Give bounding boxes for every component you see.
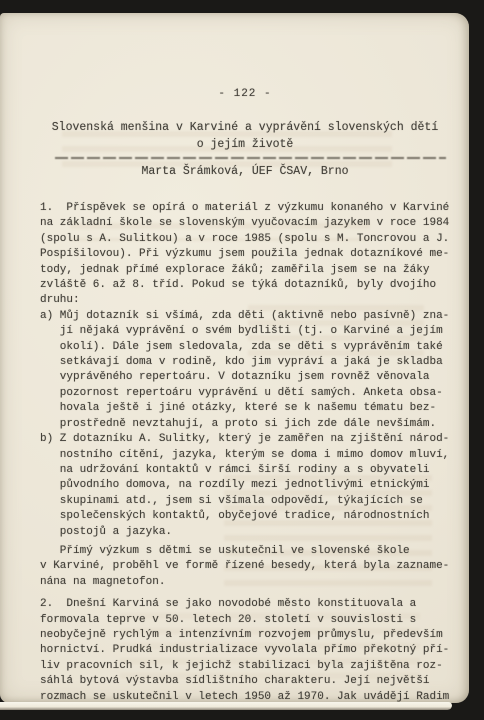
title-underline	[55, 157, 446, 159]
underlying-page-edge	[0, 702, 452, 710]
list-item-a: a) Můj dotazník si všímá, zda děti (akti…	[40, 309, 460, 432]
author-affiliation-line: Marta Šrámková, ÚEF ČSAV, Brno	[42, 165, 448, 178]
paragraph-numbered-2: 2. Dnešní Karviná se jako novodobé město…	[40, 597, 460, 705]
article-title: Slovenská menšina v Karviné a vyprávění …	[42, 119, 448, 153]
paragraph-numbered-1: 1. Příspěvek se opírá o materiál z výzku…	[40, 201, 460, 309]
scan-background: - 122 - Slovenská menšina v Karviné a vy…	[0, 0, 484, 720]
body-text: 1. Příspěvek se opírá o materiál z výzku…	[40, 201, 460, 705]
list-item-b: b) Z dotazníku A. Sulitky, který je zamě…	[40, 432, 460, 540]
paragraph-direct-research: Přímý výzkum s dětmi se uskutečnil ve sl…	[40, 544, 460, 590]
page-number: - 122 -	[42, 88, 448, 100]
document-page: - 122 - Slovenská menšina v Karviné a vy…	[0, 13, 469, 703]
